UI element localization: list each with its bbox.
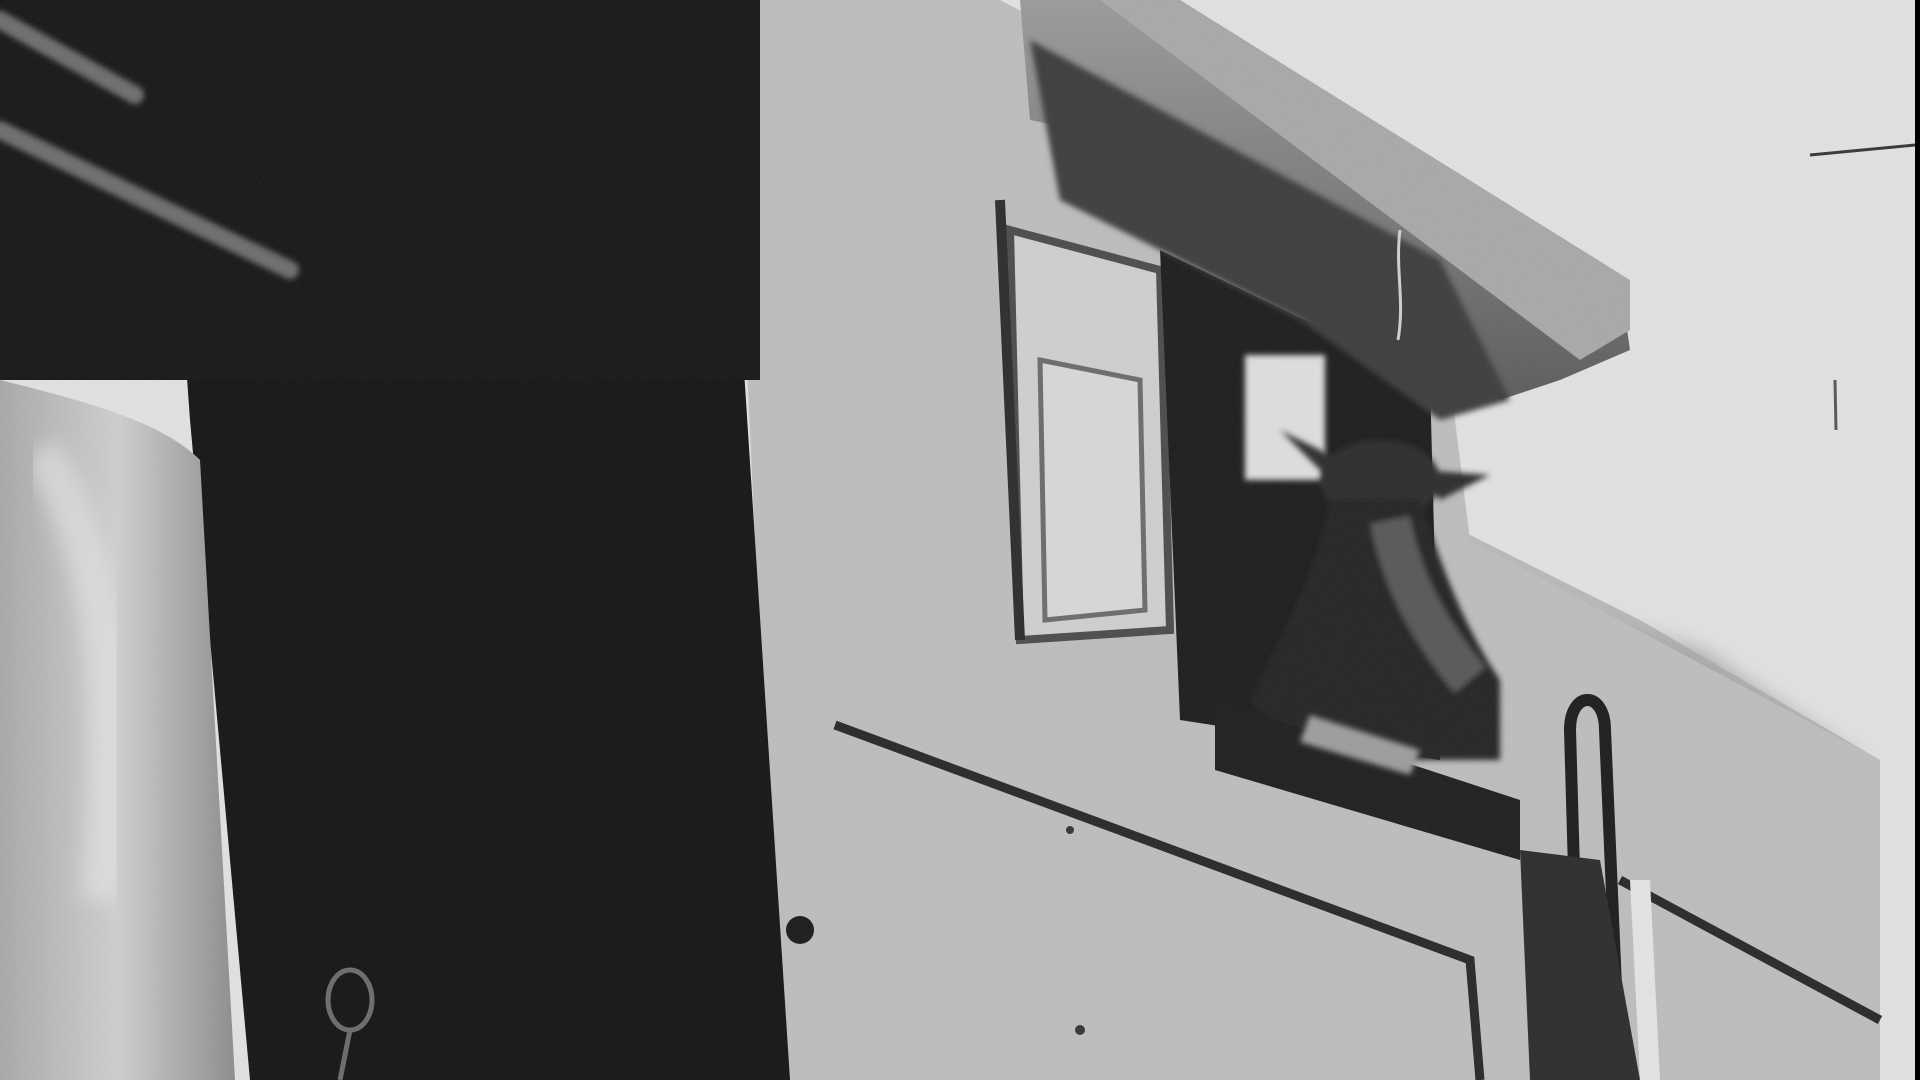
film-still <box>0 0 1920 1080</box>
pillarbox-right <box>1915 0 1920 1080</box>
film-frame: Low-angle view of a steam locomotive cab… <box>0 0 1920 1080</box>
